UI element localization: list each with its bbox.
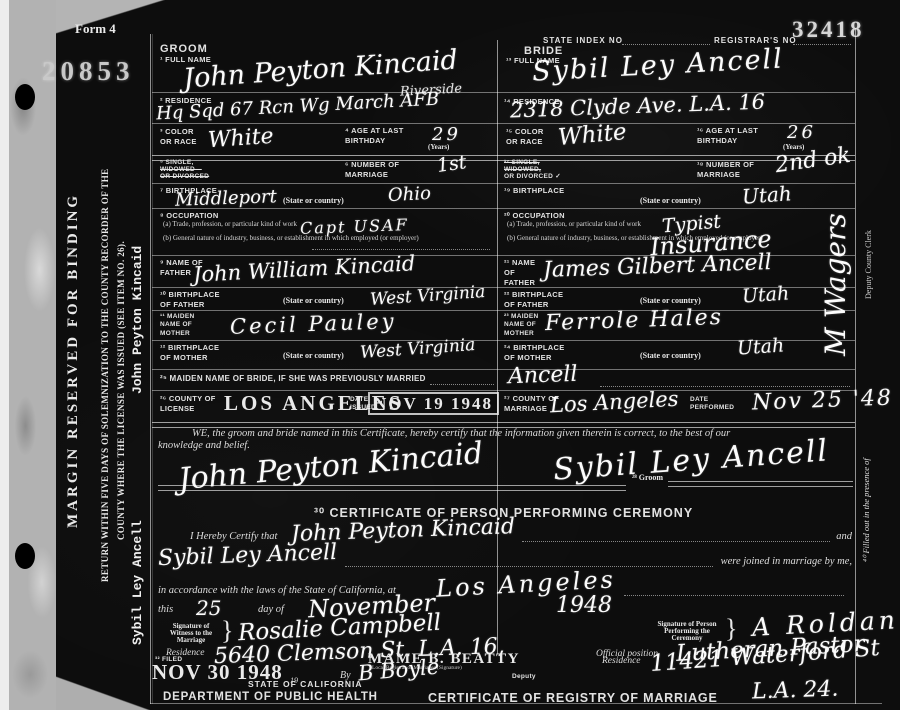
certify-prefix: I Hereby Certify that: [190, 531, 277, 542]
registrar-deputy-label: Deputy: [512, 673, 536, 681]
groom-marital-line3: OR DIVORCED: [160, 173, 209, 181]
signature-rule: [668, 481, 853, 487]
bride-state-or-country-label: (State or country): [640, 197, 701, 205]
county-marriage-value: Los Angeles: [550, 389, 679, 417]
certificate-scan: MARGIN RESERVED FOR BINDING RETURN WITHI…: [0, 0, 900, 710]
prev-married-value: Ancell: [508, 364, 578, 388]
certify-leader: [624, 581, 844, 596]
bride-mother-bp-country-label: (State or country): [640, 352, 701, 360]
bride-mother-value: Ferrole Hales: [545, 307, 724, 335]
groom-mother-bp-label: ¹² BIRTHPLACE OF MOTHER: [160, 343, 226, 363]
punch-hole: [15, 543, 35, 569]
groom-state-or-country-label: (State or country): [283, 197, 344, 205]
date-performed-label: DATE PERFORMED: [690, 396, 736, 413]
groom-age-label: ⁴ AGE AT LAST BIRTHDAY: [345, 126, 415, 146]
bride-father-bp-country-label: (State or country): [640, 297, 701, 305]
bride-father-bp-label: ²² BIRTHPLACE OF FATHER: [504, 290, 570, 310]
form-number: Form 4: [75, 22, 116, 35]
groom-occupation-a-label: (a) Trade, profession, or particular kin…: [163, 221, 293, 228]
margin-binding-note: MARGIN RESERVED FOR BINDING: [66, 95, 81, 625]
certificate-number-stamp: 32418: [792, 18, 865, 41]
bride-father-bp-value: Utah: [741, 284, 789, 306]
punch-hole: [15, 84, 35, 110]
binding-strip: [9, 0, 56, 710]
footer-title: CERTIFICATE OF REGISTRY OF MARRIAGE: [428, 690, 718, 706]
bride-full-name-value: Sybil Ley Ancell: [531, 45, 784, 85]
prev-married-leader: [430, 384, 494, 385]
groom-marriage-no-label: ⁶ NUMBER OF MARRIAGE: [345, 160, 411, 180]
certify-leader: [522, 527, 831, 542]
certify-this-label: this: [158, 604, 173, 615]
certify-leader: [345, 552, 712, 567]
groom-color-label: ³ COLOR OR RACE: [160, 127, 204, 147]
margin-typed-groom-name: John Peyton Kincaid: [130, 175, 145, 465]
rule-line: [152, 369, 855, 370]
bride-father-label: ²¹ NAME OF FATHER: [504, 258, 548, 287]
groom-mother-bp-country-label: (State or country): [283, 352, 344, 360]
certify-bride-name: Sybil Ley Ancell: [158, 542, 338, 570]
prev-married-leader-right: [600, 386, 850, 387]
certify-line3: in accordance with the laws of the State…: [158, 572, 852, 596]
bride-mother-bp-value: Utah: [736, 336, 784, 358]
bride-birthplace-label: ¹⁹ BIRTHPLACE: [504, 186, 564, 196]
groom-father-value: John William Kincaid: [193, 253, 416, 286]
bride-age-label: ¹⁶ AGE AT LAST BIRTHDAY: [697, 126, 767, 146]
form-left-rule: [150, 34, 151, 704]
certify-joined-text: were joined in marriage by me,: [721, 556, 852, 567]
prev-married-label: ²⁵ MAIDEN NAME OF BRIDE, IF SHE WAS PREV…: [160, 374, 426, 384]
footer-dept: DEPARTMENT OF PUBLIC HEALTH: [163, 690, 378, 705]
groom-birthplace-city-value: Middleport: [175, 188, 277, 210]
groom-mother-label: ¹¹ MAIDEN NAME OF MOTHER: [160, 313, 216, 338]
deputy-registrar-signature: B Boyle: [357, 657, 440, 685]
certify-day-of-label: day of: [258, 604, 284, 615]
margin-return-note-line2: COUNTY WHERE THE LICENSE WAS ISSUED (SEE…: [117, 175, 126, 605]
bride-marital-line3: OR DIVORCED ✓: [504, 173, 561, 181]
groom-father-bp-country-label: (State or country): [283, 297, 344, 305]
file-number-stamp: 20853: [42, 58, 135, 85]
groom-marriage-no-value: 1st: [436, 153, 468, 176]
witness-brace: }: [221, 616, 233, 646]
deputy-clerk-label: Deputy County Clerk: [865, 200, 873, 330]
state-index-blank: [622, 44, 710, 45]
groom-occupation-b-label: (b) General nature of industry, business…: [163, 235, 308, 242]
groom-birthplace-value: Ohio: [388, 185, 432, 205]
date-performed-value: Nov 25 '48: [752, 388, 894, 415]
groom-color-value: White: [207, 126, 274, 153]
margin-return-note-line1: RETURN WITHIN FIVE DAYS OF SOLEMNIZATION…: [101, 115, 110, 635]
signature-rule: [158, 485, 626, 491]
bride-occupation-a-label: (a) Trade, profession, or particular kin…: [507, 221, 637, 228]
bride-age-value: 26: [787, 124, 816, 142]
presence-label: ⁴⁰ Filled out in the presence of: [861, 425, 871, 595]
bride-marriage-no-label: ¹⁸ NUMBER OF MARRIAGE: [697, 160, 763, 180]
footer-state: STATE OF CALIFORNIA: [248, 679, 363, 690]
groom-father-bp-label: ¹⁰ BIRTHPLACE OF FATHER: [160, 290, 226, 310]
registrar-no-blank: [793, 44, 851, 45]
bride-signature: Sybil Ley Ancell: [552, 436, 830, 485]
bride-mother-bp-label: ²⁴ BIRTHPLACE OF MOTHER: [504, 343, 570, 363]
certification-statement-line2: knowledge and belief.: [158, 440, 250, 451]
date-issued-stamp: NOV 19 1948: [368, 392, 499, 415]
groom-age-years-label: (Years): [428, 144, 449, 151]
certify-day: 25: [196, 598, 221, 618]
certify-line1: I Hereby Certify that John Peyton Kincai…: [190, 520, 852, 542]
certify-year: 1948: [556, 595, 612, 617]
bride-color-value: White: [557, 121, 627, 150]
county-license-label: ²⁶ COUNTY OF LICENSE: [160, 394, 216, 414]
rule-line: [152, 310, 855, 311]
registrar-city-value: L.A. 24.: [752, 678, 839, 703]
groom-mother-value: Cecil Pauley: [230, 311, 397, 338]
certify-and: and: [836, 531, 852, 542]
certify-line2: Sybil Ley Ancell were joined in marriage…: [158, 545, 852, 567]
scan-edge: [0, 0, 9, 710]
bride-color-label: ¹⁵ COLOR OR RACE: [506, 127, 550, 147]
bride-father-value: James Gilbert Ancell: [543, 252, 772, 282]
registrar-residence-label: Residence: [602, 656, 641, 666]
witness-signature-label: Signature of Witness to the Marriage: [162, 623, 220, 644]
bride-birthplace-value: Utah: [741, 183, 792, 206]
groom-age-value: 29: [432, 126, 461, 144]
groom-occupation-b-blank: [312, 249, 490, 250]
margin-typed-bride-name: Sybil Ley Ancell: [130, 468, 145, 698]
form-right-rule: [855, 28, 856, 704]
bride-occupation-b-label: (b) General nature of industry, business…: [507, 235, 652, 242]
deputy-clerk-signature: M Wagers: [822, 190, 850, 380]
